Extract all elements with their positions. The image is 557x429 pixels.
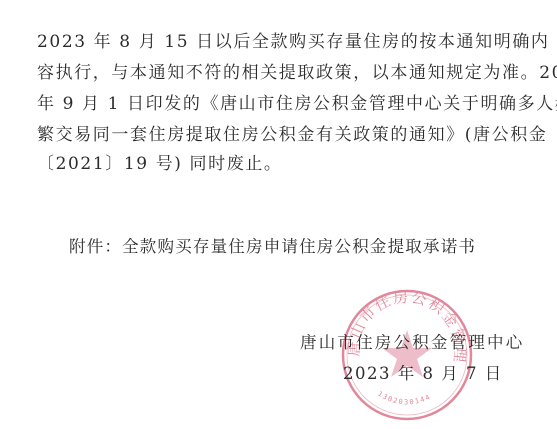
issue-date: 2023 年 8 月 7 日 (343, 360, 503, 384)
official-seal-icon: 唐山市住房公积金管理中心 1302030144 (340, 288, 474, 422)
paragraph-line-2: 容执行，与本通知不符的相关提取政策，以本通知规定为准。2021 (37, 63, 511, 83)
paragraph-line-5: 〔2021〕19 号) 同时废止。 (37, 154, 283, 174)
svg-text:1302030144: 1302030144 (376, 390, 432, 407)
paragraph-line-1: 2023 年 8 月 15 日以后全款购买存量住房的按本通知明确内 (37, 32, 511, 52)
paragraph-line-3: 年 9 月 1 日印发的《唐山市住房公积金管理中心关于明确多人频 (37, 94, 511, 114)
issuing-organization: 唐山市住房公积金管理中心 (300, 329, 524, 353)
paragraph-line-4: 繁交易同一套住房提取住房公积金有关政策的通知》(唐公积金 (37, 125, 511, 145)
attachment-note: 附件：全款购买存量住房申请住房公积金提取承诺书 (69, 233, 476, 257)
